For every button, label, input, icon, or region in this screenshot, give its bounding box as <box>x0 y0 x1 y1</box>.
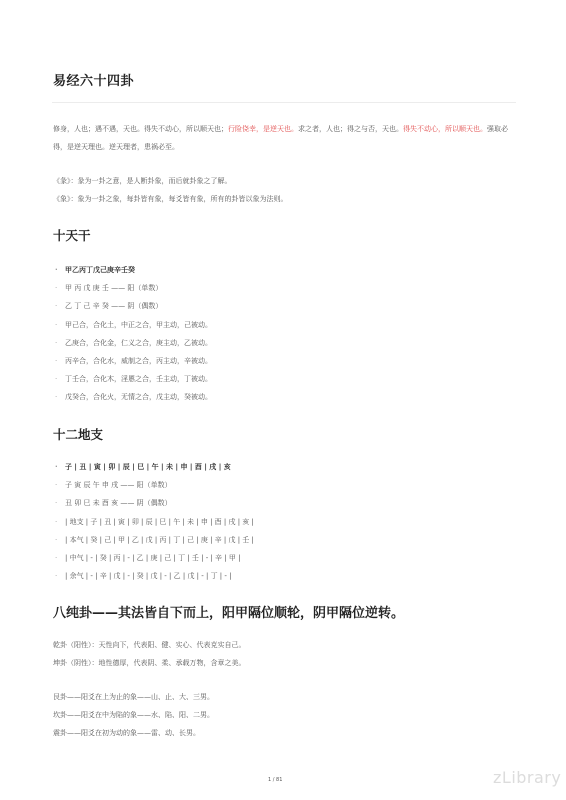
gua-line: 震卦——阳爻在初为动的象——雷、动、长男。 <box>53 724 200 742</box>
quote-xiang: 《象》：象为一卦之象，每卦皆有象，每爻皆有象，所有的卦皆以象为法则。 <box>53 190 288 208</box>
tiangan-list: ·甲乙丙丁戊己庚辛壬癸 ·甲 丙 戊 庚 壬 —— 阳（单数） ·乙 丁 己 辛… <box>55 261 212 407</box>
document-page: 易经六十四卦 修身，人也；遇不遇，天也。得失不动心，所以顺天也；行险侥幸，是逆天… <box>0 0 566 800</box>
section-heading-tiangan: 十天干 <box>53 226 91 244</box>
divider <box>52 102 516 103</box>
gua-line: 坤卦（阴性）：地性德厚，代表阴、柔、承载万物，含章之美。 <box>53 654 246 672</box>
list-item: ·| 本气 | 癸 | 己 | 甲 | 乙 | 戊 | 丙 | 丁 | 己 | … <box>55 531 254 549</box>
page-title: 易经六十四卦 <box>53 70 134 89</box>
intro-seg-1: 修身，人也；遇不遇，天也。得失不动心，所以顺天也； <box>53 125 228 133</box>
list-item: ·| 余气 | - | 辛 | 戊 | - | 癸 | 戊 | - | 乙 | … <box>55 567 254 585</box>
page-indicator: 1 / 81 <box>268 777 282 783</box>
gua-line: 坎卦——阳爻在中为陷的象——水、陷、阳、二男。 <box>53 706 214 724</box>
intro-seg-3: 求之者，人也；得之与否，天也。 <box>298 125 403 133</box>
dizhi-list: ·子 | 丑 | 寅 | 卯 | 辰 | 巳 | 午 | 未 | 申 | 酉 |… <box>55 458 254 585</box>
list-item: ·乙 丁 己 辛 癸 —— 阴（偶数） <box>55 297 212 315</box>
list-item: ·甲己合，合化土，中正之合，甲主动，己被动。 <box>55 316 212 334</box>
section-heading-bachungua: 八纯卦——其法皆自下而上，阳甲隔位顺轮，阴甲隔位逆转。 <box>53 602 404 621</box>
list-item: ·| 中气 | - | 癸 | 丙 | - | 乙 | 庚 | 己 | 丁 | … <box>55 549 254 567</box>
brand-watermark: zLibrary <box>493 768 561 787</box>
list-item: ·子 | 丑 | 寅 | 卯 | 辰 | 巳 | 午 | 未 | 申 | 酉 |… <box>55 458 254 476</box>
list-item: ·乙庚合，合化金，仁义之合，庚主动，乙被动。 <box>55 334 212 352</box>
list-item: ·子 寅 辰 午 申 戌 —— 阳（单数） <box>55 476 254 494</box>
list-item: ·丑 卯 巳 未 酉 亥 —— 阴（偶数） <box>55 494 254 512</box>
list-item: ·| 地支 | 子 | 丑 | 寅 | 卯 | 辰 | 巳 | 午 | 未 | … <box>55 513 254 531</box>
list-item: ·丙辛合，合化水，威制之合，丙主动，辛被动。 <box>55 352 212 370</box>
intro-highlight-2: 得失不动心，所以顺天也。 <box>403 125 487 133</box>
list-item: ·丁壬合，合化木，淫慝之合，壬主动，丁被动。 <box>55 370 212 388</box>
section-heading-dizhi: 十二地支 <box>53 425 103 443</box>
gua-line: 乾卦（阳性）：天性向下，代表阳、健、实心、代表克实自己。 <box>53 636 246 654</box>
quote-tuan: 《彖》：彖为一卦之意，是人断卦象，而后就卦象之了解。 <box>53 172 232 190</box>
intro-paragraph: 修身，人也；遇不遇，天也。得失不动心，所以顺天也；行险侥幸，是逆天也。求之者，人… <box>53 120 515 156</box>
list-item: ·戊癸合，合化火，无情之合，戊主动，癸被动。 <box>55 388 212 406</box>
list-item: ·甲乙丙丁戊己庚辛壬癸 <box>55 261 212 279</box>
list-item: ·甲 丙 戊 庚 壬 —— 阳（单数） <box>55 279 212 297</box>
gua-line: 艮卦——阳爻在上为止的象——山、止、大、三男。 <box>53 688 214 706</box>
intro-highlight-1: 行险侥幸，是逆天也。 <box>228 125 298 133</box>
